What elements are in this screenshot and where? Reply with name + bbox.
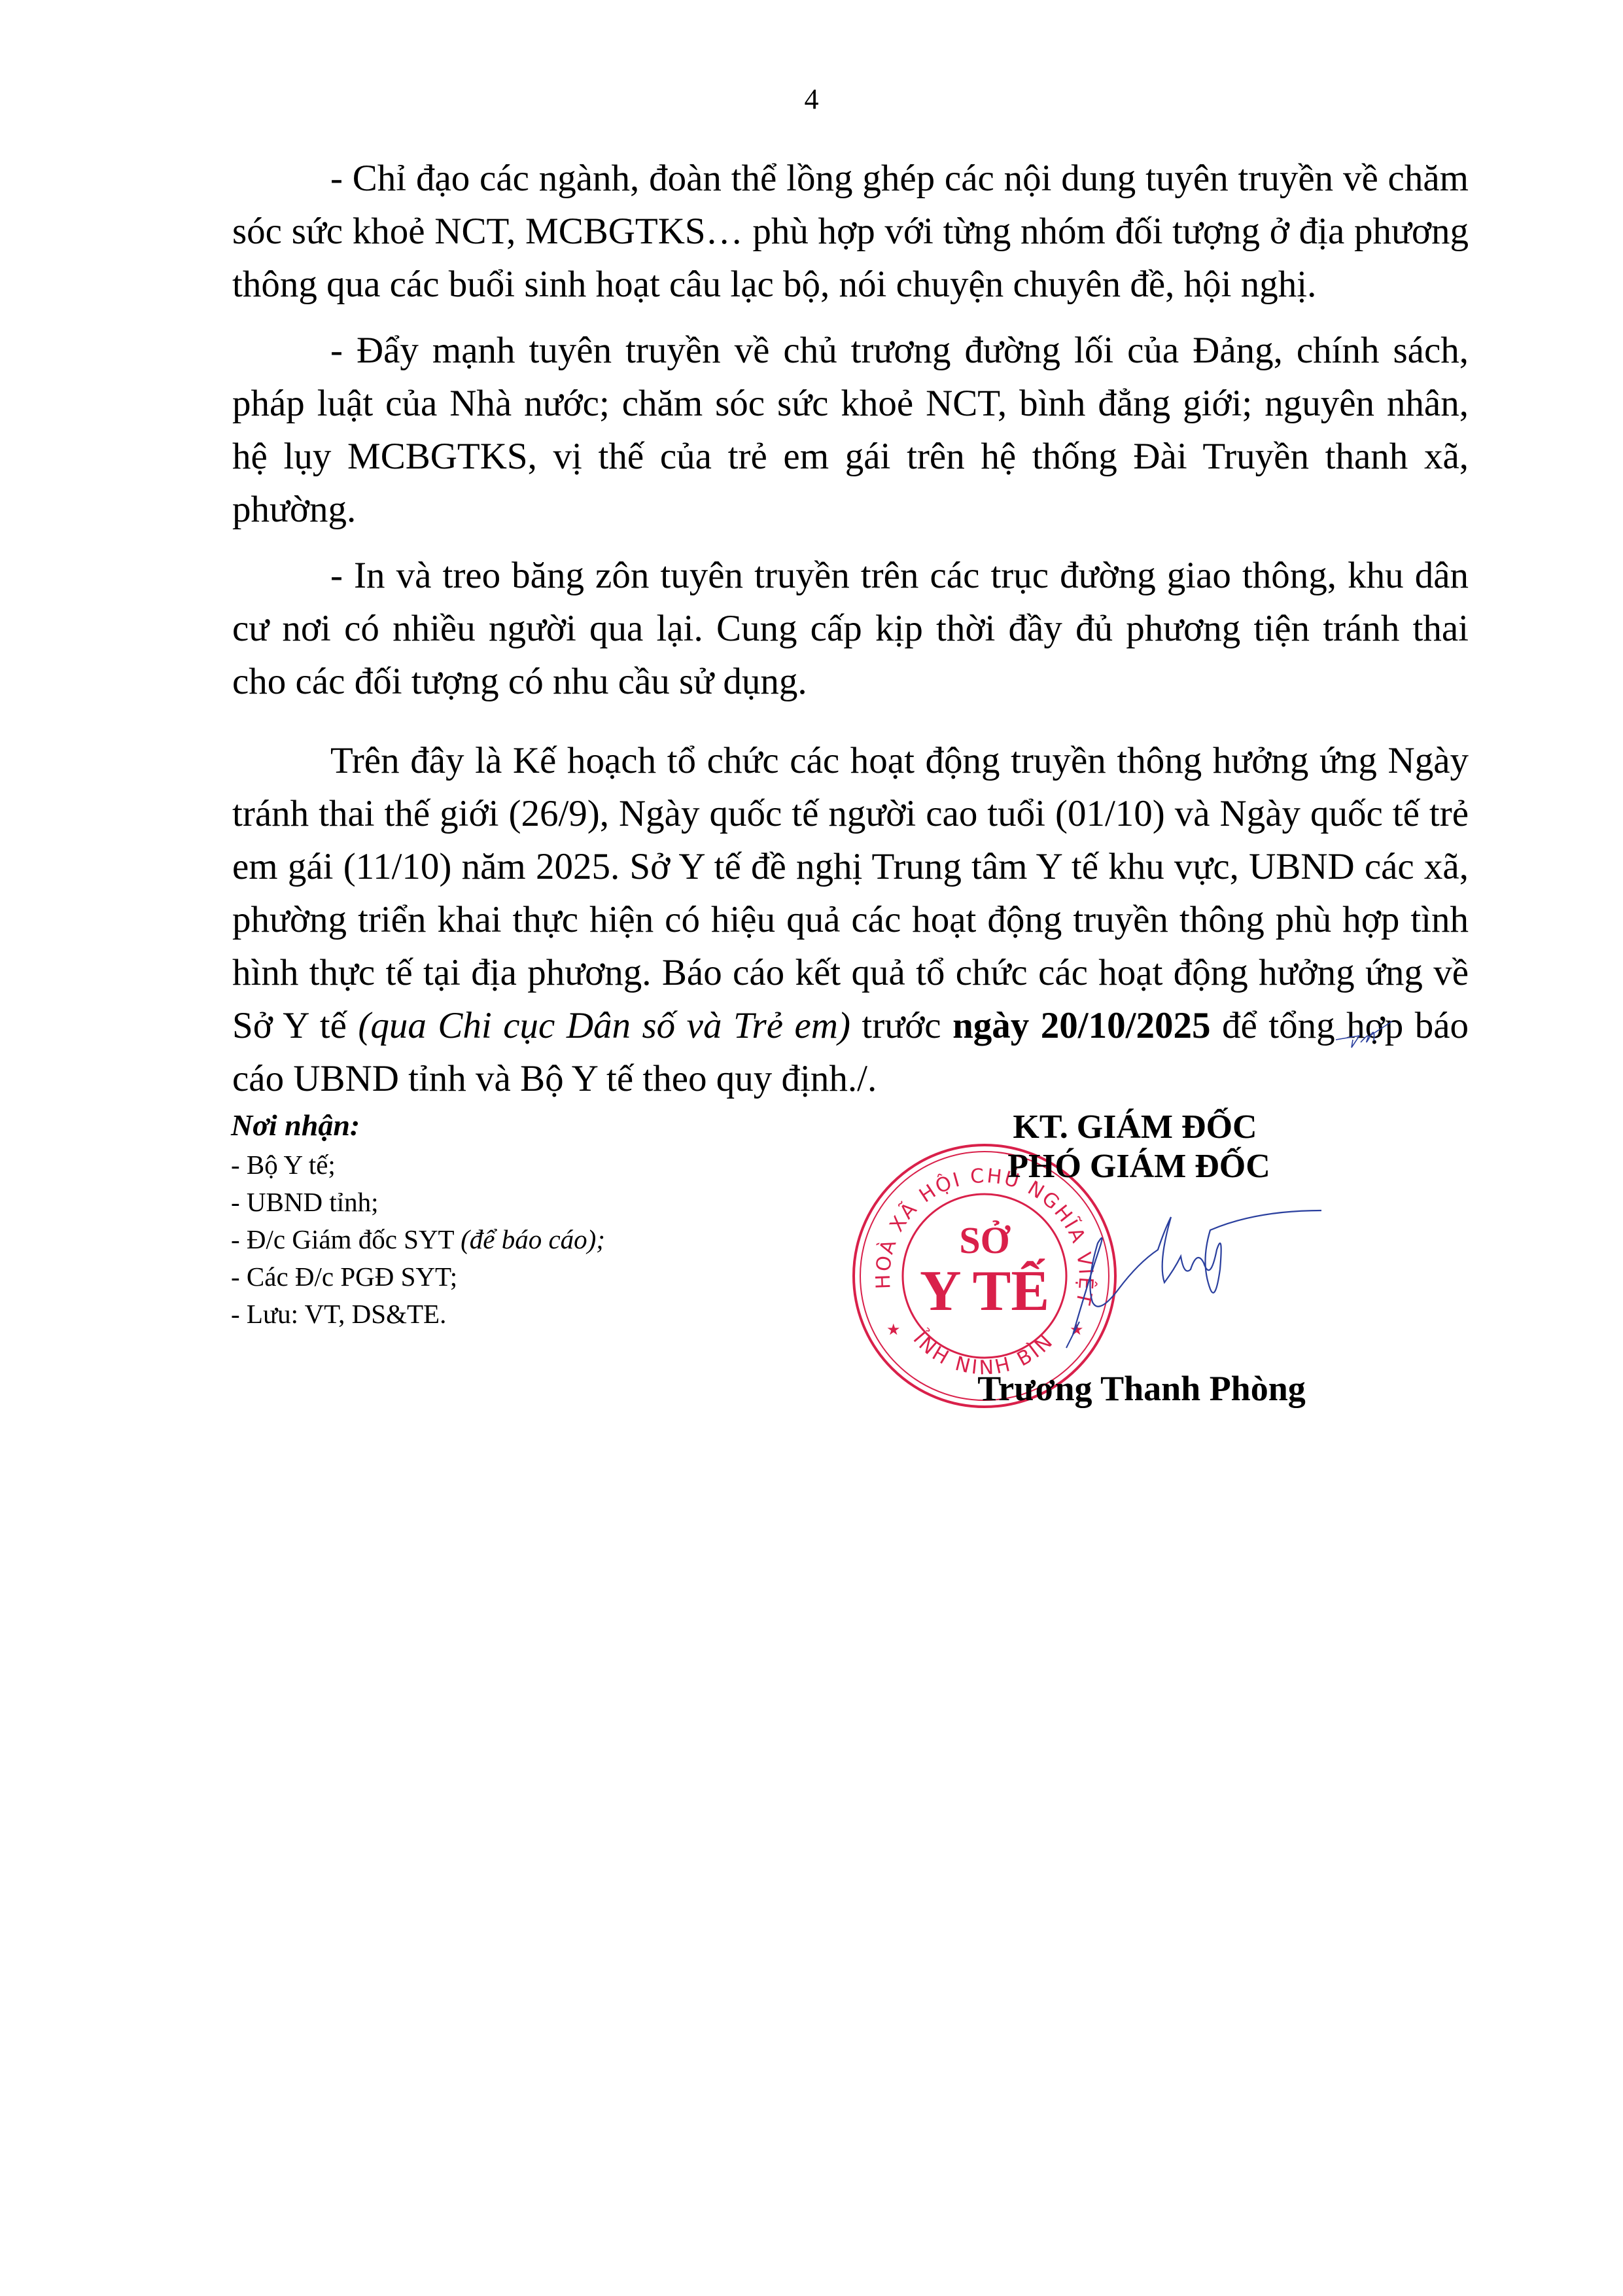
recipient-note: (để báo cáo);: [461, 1224, 605, 1254]
handwritten-signature-icon: [1060, 1191, 1335, 1361]
paragraph-directive: - Chỉ đạo các ngành, đoàn thể lồng ghép …: [232, 152, 1469, 311]
recipient-item: - UBND tỉnh;: [231, 1184, 605, 1221]
closing-text-2: trước: [850, 1005, 952, 1046]
recipient-text: - UBND tỉnh;: [231, 1187, 379, 1217]
page-number: 4: [0, 80, 1623, 119]
initial-signature-icon: [1335, 1011, 1393, 1050]
recipient-text: - Lưu: VT, DS&TE.: [231, 1299, 446, 1329]
deadline-date: ngày 20/10/2025: [952, 1005, 1210, 1046]
recipients-list: - Bộ Y tế; - UBND tỉnh; - Đ/c Giám đốc S…: [231, 1146, 605, 1333]
document-body: - Chỉ đạo các ngành, đoàn thể lồng ghép …: [232, 152, 1469, 1118]
recipient-text: - Các Đ/c PGĐ SYT;: [231, 1262, 457, 1292]
recipient-item: - Lưu: VT, DS&TE.: [231, 1296, 605, 1333]
paragraph-banners: - In và treo băng zôn tuyên truyền trên …: [232, 549, 1469, 708]
paragraph-promotion: - Đẩy mạnh tuyên truyền về chủ trương đư…: [232, 324, 1469, 536]
signer-title-line1: KT. GIÁM ĐỐC: [857, 1107, 1413, 1148]
recipients-block: Nơi nhận: - Bộ Y tế; - UBND tỉnh; - Đ/c …: [231, 1106, 605, 1333]
paragraph-closing: Trên đây là Kế hoạch tổ chức các hoạt độ…: [232, 734, 1469, 1105]
recipient-text: - Đ/c Giám đốc SYT: [231, 1224, 461, 1254]
recipients-title: Nơi nhận:: [231, 1106, 605, 1145]
signer-title-line2: PHÓ GIÁM ĐỐC: [861, 1146, 1417, 1187]
signer-name: Trương Thanh Phòng: [864, 1368, 1420, 1409]
closing-italic: (qua Chi cục Dân số và Trẻ em): [358, 1005, 850, 1046]
recipient-item: - Đ/c Giám đốc SYT (để báo cáo);: [231, 1221, 605, 1258]
recipient-text: - Bộ Y tế;: [231, 1150, 336, 1180]
recipient-item: - Các Đ/c PGĐ SYT;: [231, 1258, 605, 1296]
closing-text: Trên đây là Kế hoạch tổ chức các hoạt độ…: [232, 740, 1469, 1046]
recipient-item: - Bộ Y tế;: [231, 1146, 605, 1184]
